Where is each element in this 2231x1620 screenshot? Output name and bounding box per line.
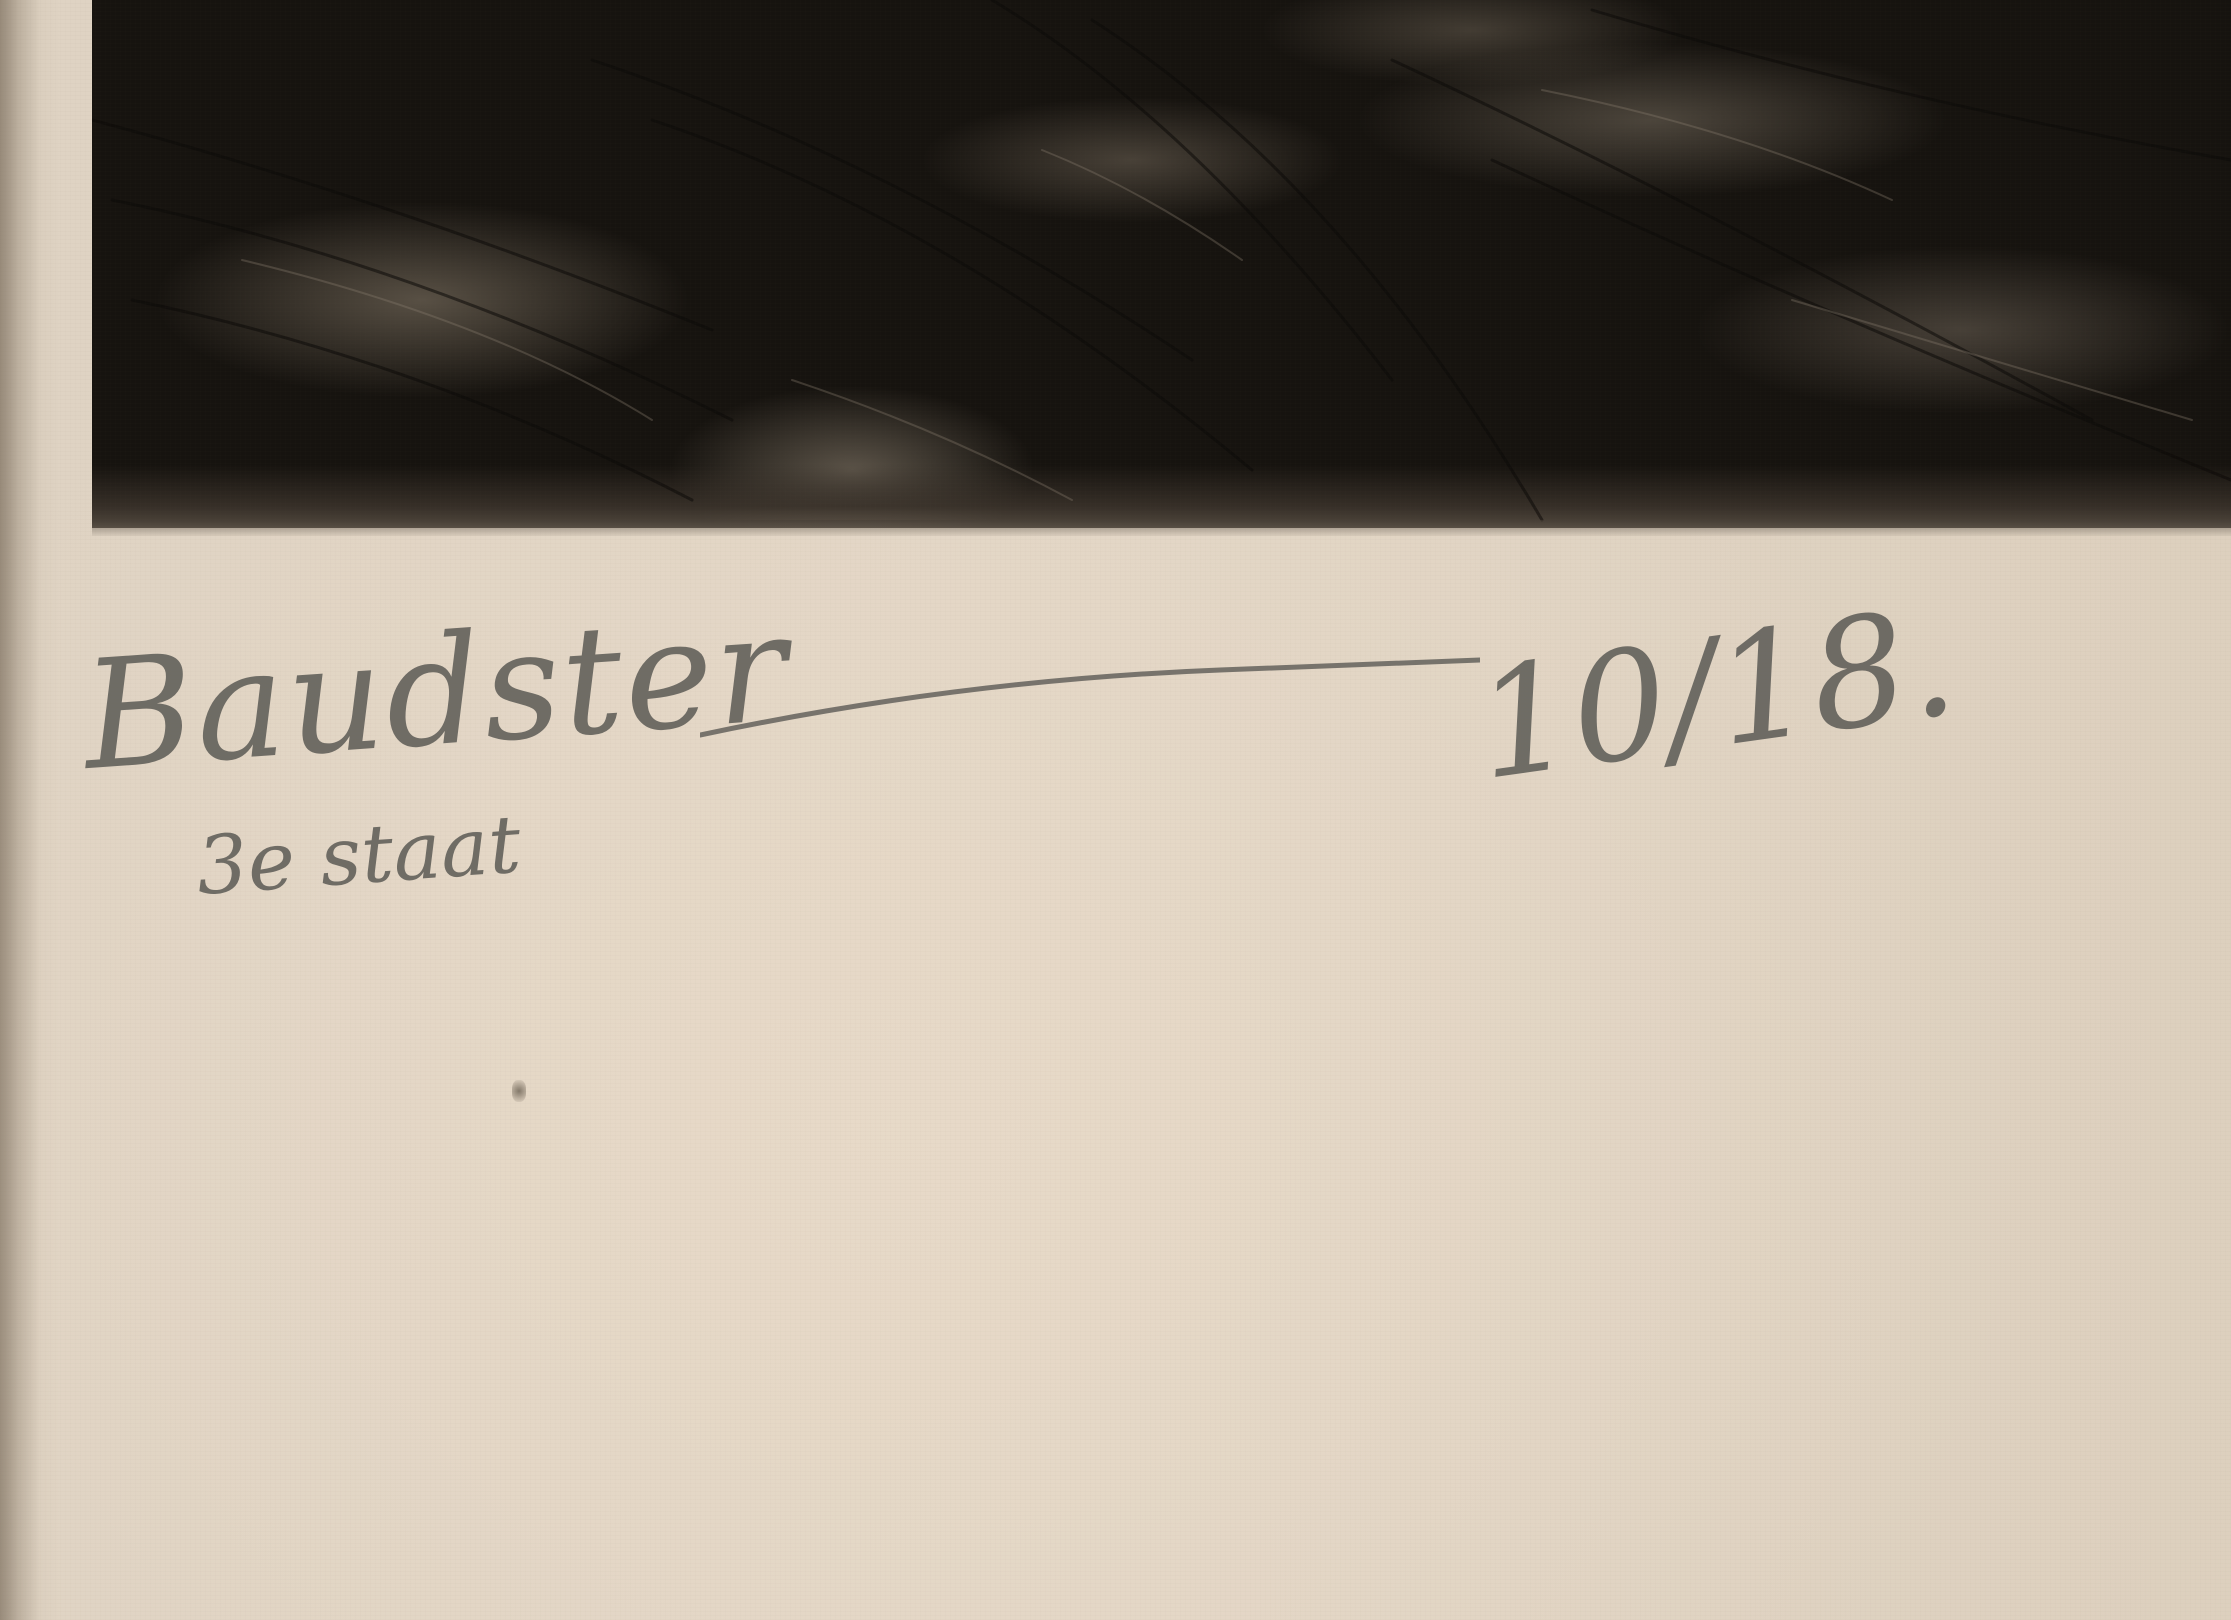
- hatching-strokes: [92, 0, 2231, 528]
- etched-plate: [92, 0, 2231, 528]
- left-edge-shadow: [0, 0, 40, 1620]
- paper-stain: [512, 1080, 526, 1102]
- print-sheet: Baudster 10/18. 3e staat: [0, 0, 2231, 1620]
- artist-signature: Baudster: [78, 581, 794, 804]
- print-state: 3e staat: [194, 798, 524, 913]
- signature-flourish: [700, 640, 1480, 760]
- edition-number: 10/18.: [1466, 575, 1966, 814]
- plate-mark: [92, 520, 2231, 536]
